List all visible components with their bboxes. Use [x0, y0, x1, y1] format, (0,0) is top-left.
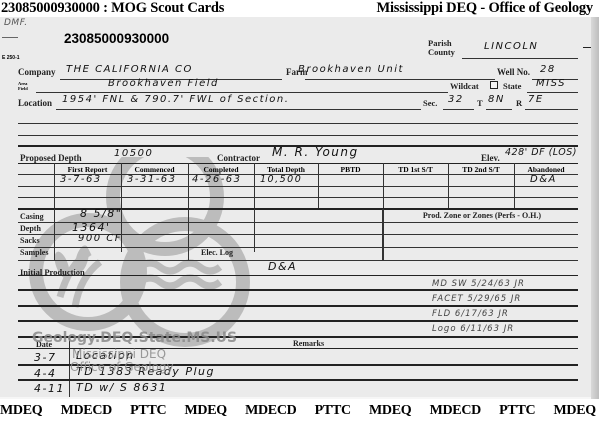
col-header-total-depth: Total Depth — [254, 165, 318, 174]
sec-value: 32 — [448, 94, 464, 105]
production-rule — [18, 305, 578, 307]
state-underline — [527, 92, 578, 93]
form-number: E 250-1 — [2, 55, 20, 61]
api-number: 23085000930000 — [64, 31, 169, 46]
col-header-abandoned: Abandoned — [514, 165, 578, 174]
casing-label: Casing — [20, 212, 44, 221]
footer-link-mdecd[interactable]: MDECD — [245, 403, 296, 418]
company-label: Company — [18, 67, 56, 77]
township-value: 8N — [488, 94, 505, 105]
col-header-td-2nd: TD 2nd S/T — [448, 165, 514, 174]
proposed-depth-value: 10500 — [114, 148, 153, 159]
parish-county-label: Parish County — [428, 39, 455, 57]
farm-underline — [305, 79, 495, 80]
parish-county-underline — [462, 58, 578, 59]
farm-value: Brookhaven Unit — [298, 64, 404, 75]
prod-zone-label: Prod. Zone or Zones (Perfs - O.H.) — [386, 211, 578, 220]
casing-col-divider — [382, 209, 384, 261]
agency-title: Mississippi DEQ - Office of Geology — [376, 0, 593, 17]
location-label: Location — [18, 98, 52, 108]
sacks-value: 900 CF — [78, 233, 122, 244]
footer-link-mdeq[interactable]: MDEQ — [0, 403, 42, 418]
watermark-line-1: Mississippi DEQ — [72, 347, 166, 361]
table-row-rule — [18, 197, 578, 198]
elev-value: 428' DF (LOS) — [505, 147, 577, 158]
cell-abandoned: D&A — [530, 174, 557, 185]
col-header-completed: Completed — [188, 165, 254, 174]
sec-underline — [443, 109, 474, 110]
corner-note: DMF. — [4, 18, 28, 28]
footer-link-pttc[interactable]: PTTC — [130, 403, 166, 418]
area-field-label: Area Field — [18, 81, 28, 91]
remark-date-2: 4-4 — [34, 367, 56, 380]
remarks-label: Remarks — [293, 339, 324, 348]
location-underline — [56, 109, 421, 110]
prod-zone-rule — [384, 222, 578, 223]
col-header-commenced: Commenced — [121, 165, 188, 174]
footer-links: MDEQ MDECD PTTC MDEQ MDECD PTTC MDEQ MDE… — [0, 403, 599, 421]
casing-value: 8 5/8" — [80, 207, 122, 220]
elev-label: Elev. — [481, 153, 500, 163]
footer-link-mdecd[interactable]: MDECD — [430, 403, 481, 418]
proposed-depth-label: Proposed Depth — [20, 153, 82, 163]
blank-rule — [18, 123, 578, 124]
initial-production-value: D&A — [268, 260, 297, 273]
footer-link-mdeq[interactable]: MDEQ — [185, 403, 227, 418]
casing-row-rule — [18, 247, 382, 248]
table-row-rule — [18, 186, 578, 187]
note-line-2: FACET 5/29/65 JR — [432, 294, 521, 304]
footer-link-pttc[interactable]: PTTC — [499, 403, 535, 418]
document-title: 23085000930000 : MOG Scout Cards — [1, 0, 224, 17]
field-value: Brookhaven Field — [108, 78, 219, 89]
cell-completed: 4-26-63 — [192, 174, 242, 185]
col-header-pbtd: PBTD — [318, 165, 383, 174]
well-no-value: 28 — [540, 64, 556, 75]
scout-card-image: DMF. 23085000930000 E 250-1 Parish Count… — [0, 17, 599, 399]
col-header-first-report: First Report — [54, 165, 121, 174]
watermark-url: Geology.DEQ.State.MS.US — [32, 330, 237, 346]
state-value: MISS — [536, 78, 566, 89]
field-underline — [36, 92, 448, 93]
watermark-line-2: Office of Geology — [70, 360, 174, 374]
blank-rule — [18, 135, 578, 136]
col-header-td-1st: TD 1st S/T — [383, 165, 448, 174]
sec-label: Sec. — [423, 98, 437, 108]
casing-bottom-rule — [18, 260, 578, 261]
corner-rule — [583, 47, 597, 48]
note-line-1: MD SW 5/24/63 JR — [432, 279, 525, 289]
remark-date-1: 3-7 — [34, 351, 56, 364]
state-label: State — [503, 81, 521, 91]
township-underline — [486, 109, 512, 110]
contractor-value: M. R. Young — [272, 145, 359, 159]
cell-commenced: 3-31-63 — [127, 174, 177, 185]
note-line-3: FLD 6/17/63 JR — [432, 309, 509, 319]
elec-log-label: Elec. Log — [201, 248, 233, 257]
page-header: 23085000930000 : MOG Scout Cards Mississ… — [0, 0, 599, 18]
remark-date-3: 4-11 — [34, 382, 65, 395]
remark-text-3: TD w/ S 8631 — [76, 381, 167, 394]
footer-link-mdeq[interactable]: MDEQ — [369, 403, 411, 418]
note-line-4: Logo 6/11/63 JR — [432, 324, 514, 334]
samples-label: Samples — [20, 248, 48, 257]
wildcat-label: Wildcat — [450, 81, 479, 91]
cell-total-depth: 10,500 — [260, 174, 302, 185]
production-rule — [18, 275, 578, 276]
wildcat-checkbox[interactable] — [490, 81, 498, 89]
well-no-label: Well No. — [497, 67, 530, 77]
mdeq-logo-watermark-icon — [20, 157, 290, 357]
table-top-rule — [18, 163, 578, 164]
range-underline — [525, 109, 578, 110]
parish-county-value: LINCOLN — [484, 41, 538, 52]
cell-first-report: 3-7-63 — [60, 174, 102, 185]
depth-label: Depth — [20, 224, 41, 233]
township-label: T — [477, 98, 483, 108]
location-value: 1954' FNL & 790.7' FWL of Section. — [62, 94, 289, 105]
casing-row-rule — [18, 234, 382, 235]
production-rule — [18, 289, 578, 291]
prod-zone-rule — [384, 234, 578, 235]
casing-col-divider — [254, 209, 255, 252]
card-bottom-edge — [0, 397, 599, 399]
production-rule — [18, 320, 578, 322]
contractor-label: Contractor — [217, 153, 260, 163]
footer-link-pttc[interactable]: PTTC — [315, 403, 351, 418]
sacks-label: Sacks — [20, 236, 40, 245]
corner-mark — [2, 37, 18, 38]
casing-col-divider — [54, 209, 55, 261]
range-value: 7E — [528, 94, 544, 105]
footer-link-mdecd[interactable]: MDECD — [61, 403, 112, 418]
range-label: R — [516, 98, 522, 108]
footer-link-mdeq[interactable]: MDEQ — [554, 403, 596, 418]
company-value: THE CALIFORNIA CO — [66, 64, 193, 75]
prod-zone-rule — [384, 247, 578, 248]
casing-col-divider — [188, 209, 189, 261]
